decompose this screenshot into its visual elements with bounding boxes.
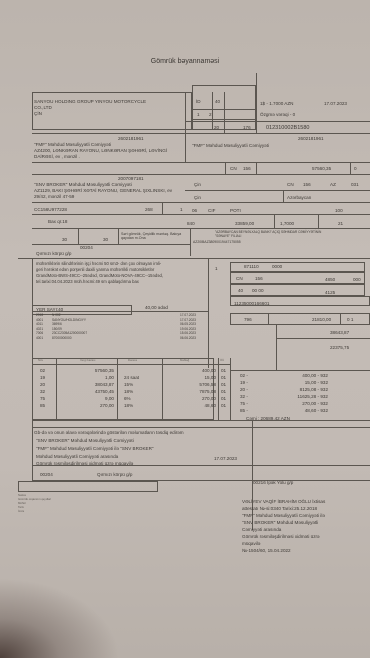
sender-box: [32, 92, 192, 130]
summary-amount: 8125,08 - 932: [268, 387, 328, 393]
goods-origin-code: CN: [236, 276, 243, 282]
document-date: 17.07.2023: [180, 313, 196, 317]
exchange-rate-value: 1,7000: [280, 221, 294, 227]
forms-count: 1: [197, 112, 200, 118]
declaration-line2: "FMF" Məhdud Məsuliyyətli Cəmiyyəti ilə …: [36, 446, 154, 452]
declarant-address: AZ1129, BAKI ŞƏHƏRİ XƏTAİ RAYONU, GENERA…: [34, 188, 184, 199]
summary-type: 19 -: [240, 380, 248, 386]
package-code: 00 00: [252, 288, 264, 294]
office-code: 00204: [40, 472, 53, 478]
invoice-total: 33859,00: [235, 221, 254, 227]
control-note: İmza: [18, 510, 24, 513]
exit-office: 00216 İpək Yolu g/p: [253, 480, 293, 486]
valuation-method: 0 1: [347, 317, 353, 323]
representative-line: №-1504/60, 15.04.2022: [242, 548, 291, 554]
representative-line: Cəmiyyəti arasında: [242, 527, 281, 533]
document-title: Gömrük bəyannaməsi: [0, 58, 370, 65]
tax-base: 9,00: [80, 396, 114, 402]
transport-mode-inland: 30: [103, 237, 108, 243]
summary-amount: 11625,28 - 932: [268, 394, 328, 400]
export-code-2: 156: [303, 182, 311, 188]
document-code: 2018: [36, 313, 43, 317]
document-value: 3699/6: [52, 322, 62, 326]
customs-office-code: 00204: [80, 245, 93, 251]
packages-number: 40: [238, 288, 243, 294]
summary-type: 85 -: [240, 408, 248, 414]
tax-method: 01: [221, 389, 226, 395]
bank-account: AZ20IBAZ38090019447175055: [193, 240, 241, 244]
declaration-date: 17.07.2023: [214, 456, 237, 462]
tax-amount: 48,60: [176, 403, 216, 409]
transport-mode-border: 30: [62, 237, 67, 243]
delivery-code: 06: [192, 208, 197, 214]
document-date: 17.07.2023: [180, 318, 196, 322]
export-code-1: CN: [287, 182, 294, 188]
receiver-voen: 2602181961: [118, 136, 144, 142]
tax-header: Növ: [38, 359, 43, 362]
receiver-name: "FMF" Məhdud Məsuliyyətli Cəmiyyəti: [34, 142, 111, 148]
tax-method: 01: [221, 382, 226, 388]
tax-type: 20: [40, 382, 45, 388]
item-number: 1: [215, 266, 218, 272]
representative-line: attestatı №-si:0340 Tarixi:25.12.2018: [242, 506, 317, 512]
tax-header: ÖÜ: [220, 359, 224, 362]
representative-line: "SNV BROKER" Məhdud Məsuliyyətli: [242, 520, 318, 526]
representative-line: "FMF" Məhdud Məsuliyyətli Cəmiyyəti ilə: [242, 513, 325, 519]
hs-suffix: 0000: [272, 264, 282, 270]
tax-amount: 270,00: [176, 396, 216, 402]
sender-line2: CO.,LTD: [34, 105, 52, 111]
declaration-type-1: İD: [196, 99, 201, 105]
tax-base: 43750,45: [80, 389, 114, 395]
declaration-line3: Məhdud Məsuliyyətli Cəmiyyəti arasında: [36, 454, 118, 460]
summary-amount: 48,60 - 932: [268, 408, 328, 414]
document-code: 4021: [36, 327, 43, 331]
exchange-rate: 1$ - 1.7000 AZN: [260, 101, 293, 107]
gross-weight: 4850: [325, 277, 335, 283]
declarant-name: "SNV BROKER" Məhdud Məsuliyyətli Cəmiyyə…: [34, 182, 132, 188]
dest-code-1: AZ: [330, 182, 336, 188]
declaration-date: 17.07.2023: [324, 101, 347, 107]
spec-sheet: Özgmə vərəqi - 0: [260, 112, 295, 118]
document-value: N 002: [52, 313, 61, 317]
document-date: 06.05.2023: [180, 322, 196, 326]
total-value-flag: 0: [354, 166, 357, 172]
transport-code: 268: [145, 207, 153, 213]
tax-type: 32: [40, 389, 45, 395]
net-weight: 4125: [325, 290, 335, 296]
tax-amount: 15,00: [176, 375, 216, 381]
document-date: 15.06.2023: [180, 331, 196, 335]
customs-value: 21810,00: [312, 317, 331, 323]
customs-office-name: Qırmızı körpü g/p: [36, 251, 72, 257]
tax-base: 38043,87: [80, 382, 114, 388]
tax-base: 1,00: [80, 375, 114, 381]
document-date: 06.06.2023: [180, 336, 196, 340]
goods-description: mühərriklərin silindrlərinin işçi həcmi …: [36, 261, 168, 285]
reference-number: 012310002B1580: [266, 125, 309, 132]
document-value: 23CC2305A1200000007: [52, 331, 87, 335]
representative-line: Gömrük rəsmiləşdirilməsi xidməti üzrə: [242, 534, 320, 540]
document-value: SANYOU/HOLDING/YY: [52, 318, 86, 322]
loading-place: Sərt gömrük, Çeşidlik məntəq. Bakıya qay…: [121, 232, 189, 241]
dispatch-country-num: 156: [243, 166, 251, 172]
transport-pct: 100: [335, 208, 343, 214]
origin-country: Çin: [194, 195, 201, 201]
export-country: Çin: [194, 182, 201, 188]
summary-amount: 270,00 - 932: [268, 401, 328, 407]
tax-base: 57560,35: [80, 368, 114, 374]
tax-rate: 24 saat: [124, 375, 139, 381]
container-flag: 1: [180, 207, 183, 213]
tax-method: 01: [221, 396, 226, 402]
document-value: 87000000000: [52, 336, 72, 340]
tax-rate: 15%: [124, 382, 133, 388]
tax-method: 01: [221, 368, 226, 374]
declaration-statement: Gb-də və onun əlavə vərəqələrində göstər…: [34, 430, 184, 436]
packages-count: 176: [243, 125, 251, 131]
document-code: 4011: [36, 322, 43, 326]
forms-of: 2: [209, 112, 212, 118]
photo-shadow: [0, 578, 120, 658]
tax-type: 19: [40, 375, 45, 381]
tax-rate: 6%: [124, 396, 131, 402]
tax-amount: 7875,08: [176, 389, 216, 395]
statistical-value: 38643,87: [330, 330, 349, 336]
goods-flag: 000: [353, 277, 361, 283]
tax-rate: 18%: [124, 389, 133, 395]
transport-id: CC156U977228: [34, 207, 67, 213]
summary-amount: 15,00 - 932: [268, 380, 328, 386]
document-code: 4001: [36, 318, 43, 322]
summary-type: 32 -: [240, 394, 248, 400]
office-name: Qırmızı körpü g/p: [97, 472, 133, 478]
quota: 11235000166601: [234, 301, 269, 307]
tax-base: 270,00: [80, 403, 114, 409]
currency-code: 840: [187, 221, 195, 227]
declaration-type-2: 40: [215, 99, 220, 105]
tax-amount: 400,00: [176, 368, 216, 374]
document-date: 19.06.2023: [180, 327, 196, 331]
summary-type: 75 -: [240, 401, 248, 407]
summary-amount: 400,00 - 932: [268, 373, 328, 379]
summary-type: 02 -: [240, 373, 248, 379]
tax-amount: 5706,58: [176, 382, 216, 388]
tax-rate: 18%: [124, 403, 133, 409]
bank-info: "AZƏRBAYCAN BEYNƏLXALQ BANKI" AÇIQ SƏHMD…: [215, 230, 335, 238]
sender-country: ÇİN: [34, 111, 42, 117]
items-count: 20: [214, 125, 219, 131]
transaction-nature: 21: [338, 221, 343, 227]
declaration-line1: "SNV BROKER" Məhdud Məsuliyyətli Cəmiyyə…: [36, 438, 134, 444]
dest-code-2: 031: [351, 182, 359, 188]
total-amount: 22375,75: [330, 345, 349, 351]
tax-type: 75: [40, 396, 45, 402]
receiver-address: AZ4200, LƏNKƏRAN RAYONU, LƏNKƏRAN ŞƏHƏRİ…: [34, 148, 184, 159]
sender-name: SANYOU HOLDING GROUP YINYOU MOTORCYCLE: [34, 99, 146, 105]
tax-method: 01: [221, 375, 226, 381]
hs-code: 871110: [244, 264, 259, 270]
procedure-code: 796: [244, 317, 252, 323]
document-value: 150/09: [52, 327, 62, 331]
representative-line: müqavilə: [242, 541, 260, 547]
document-code: 7006: [36, 331, 43, 335]
document-code: 4001: [36, 336, 43, 340]
tax-header: Dərəcə: [128, 359, 137, 362]
tax-method: 01: [221, 403, 226, 409]
representative-line: VƏLİYEV VAQİF İBRAHİM OĞLU İxtisas: [242, 499, 325, 505]
destination-country: Azərbaycan: [287, 195, 311, 201]
tax-type: 85: [40, 403, 45, 409]
border-transport: Bax qr.18: [48, 219, 67, 225]
tax-header: Vergi bazası: [80, 359, 95, 362]
financial-voen: 2602181961: [298, 136, 324, 142]
dispatch-country-code: CN: [230, 166, 237, 172]
goods-origin-num: 156: [255, 276, 263, 282]
declarant-voen: 2007097181: [118, 176, 144, 182]
tax-type: 02: [40, 368, 45, 374]
tax-header: Məbləğ: [180, 359, 189, 362]
delivery-place: POTI: [230, 208, 241, 214]
summary-type: 20 -: [240, 387, 248, 393]
incoterms: CIF: [208, 208, 215, 214]
goods-quantity-value: 40,00 ədəd: [145, 305, 168, 311]
financial-name: "FMF" Məhdud Məsuliyyətli Cəmiyyəti: [192, 143, 269, 149]
total-value: 57560,35: [312, 166, 331, 172]
